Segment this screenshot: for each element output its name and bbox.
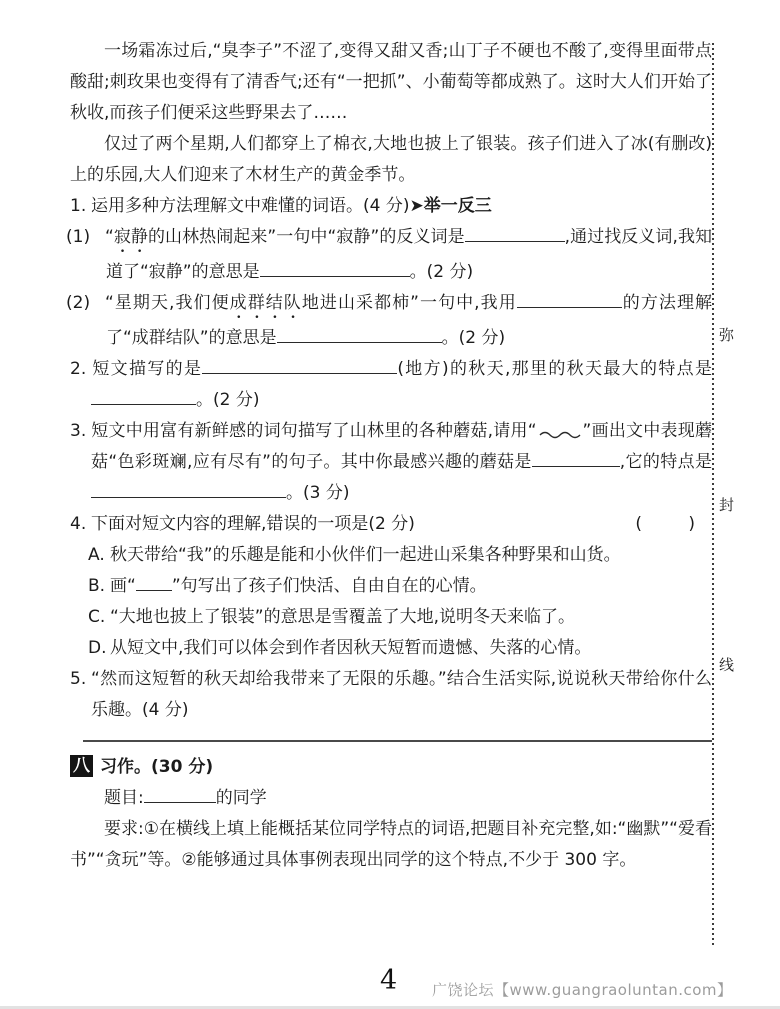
score-note: 。(3 分)	[286, 483, 349, 503]
watermark-text: 广饶论坛【www.guangraoluntan.com】	[432, 975, 733, 1006]
blank-line	[532, 464, 620, 467]
question-number: 2.	[70, 354, 91, 385]
sub-label: (1)	[66, 222, 105, 253]
question-number: 4.	[70, 509, 91, 540]
passage-text-2: 仅过了两个星期,人们都穿上了棉衣,大地也披上了银装。孩子们进入了冰上的乐园,大人…	[70, 134, 648, 185]
question-text: 短文描写的是	[91, 359, 202, 379]
question-1: 1.运用多种方法理解文中难懂的词语。(4 分)➤举一反三 (1)“寂静的山林热闹…	[70, 191, 712, 354]
blank-line	[277, 340, 442, 343]
question-5: 5.“然而这短暂的秋天却给我带来了无限的乐趣。”结合生活实际,说说秋天带给你什么…	[70, 664, 712, 726]
question-text: (地方)的秋天,那里的秋天最大的特点是	[397, 359, 712, 379]
score-note: 。(2 分)	[442, 328, 505, 348]
option-d: D.从短文中,我们可以体会到作者因秋天短暂而遗憾、失落的心情。	[88, 633, 712, 664]
score-note: 。(2 分)	[410, 262, 473, 282]
section-title: 习作。(30 分)	[100, 757, 213, 777]
section-8-heading: 八习作。(30 分)	[70, 752, 712, 783]
question-text: 下面对短文内容的理解,错误的一项是(2 分)	[91, 514, 415, 534]
option-label: D.	[88, 633, 110, 664]
exam-page: 一场霜冻过后,“臭李子”不涩了,变得又甜又香;山丁子不硬也不酸了,变得里面带点酸…	[0, 0, 780, 1009]
blank-line	[91, 495, 286, 498]
section-number-box: 八	[70, 755, 93, 777]
section-8: 八习作。(30 分) 题目:的同学 要求:①在横线上填上能概括某位同学特点的词语…	[70, 752, 712, 876]
question-text: ,它的特点是	[620, 452, 712, 472]
question-number: 3.	[70, 416, 91, 447]
skill-tag: 举一反三	[424, 196, 492, 216]
question-1-sub-1: (1)“寂静的山林热闹起来”一句中“寂静”的反义词是,通过找反义词,我知道了“寂…	[70, 222, 712, 288]
emphasized-word: 成群结队	[230, 293, 302, 313]
arrow-icon: ➤	[409, 196, 423, 216]
blank-line	[517, 305, 622, 308]
sub-text: “	[105, 227, 114, 247]
option-label: A.	[88, 540, 110, 571]
question-number: 5.	[70, 664, 91, 695]
topic-suffix: 的同学	[216, 788, 267, 808]
option-text: ”句写出了孩子们快活、自由自在的心情。	[172, 576, 487, 596]
blank-line	[260, 274, 410, 277]
seal-char-mi: 弥	[719, 320, 734, 351]
seal-dotted-line	[712, 43, 714, 945]
option-text: 画“	[110, 576, 136, 596]
option-a: A.秋天带给“我”的乐趣是能和小伙伴们一起进山采集各种野果和山货。	[88, 540, 712, 571]
blank-line	[91, 402, 196, 405]
option-text: 从短文中,我们可以体会到作者因秋天短暂而遗憾、失落的心情。	[110, 638, 591, 658]
blank-line	[136, 588, 172, 591]
question-stem-text: 运用多种方法理解文中难懂的词语。(4 分)	[91, 196, 409, 216]
option-text: 秋天带给“我”的乐趣是能和小伙伴们一起进山采集各种野果和山货。	[110, 545, 621, 565]
question-4: 4.下面对短文内容的理解,错误的一项是(2 分)( ) A.秋天带给“我”的乐趣…	[70, 509, 712, 664]
question-2: 2.短文描写的是(地方)的秋天,那里的秋天最大的特点是。(2 分)	[70, 354, 712, 416]
sub-text: 地进山采都柿”一句中,我用	[302, 293, 517, 313]
passage-text-1: 一场霜冻过后,“臭李子”不涩了,变得又甜又香;山丁子不硬也不酸了,变得里面带点酸…	[70, 41, 712, 123]
section-divider	[83, 740, 712, 742]
option-label: B.	[88, 571, 110, 602]
blank-line	[465, 239, 565, 242]
option-b: B.画“”句写出了孩子们快活、自由自在的心情。	[88, 571, 712, 602]
page-number: 4	[380, 965, 397, 996]
question-1-sub-2: (2)“星期天,我们便成群结队地进山采都柿”一句中,我用的方法理解了“成群结队”…	[70, 288, 712, 354]
passage-paragraph-2: (有删改)仅过了两个星期,人们都穿上了棉衣,大地也披上了银装。孩子们进入了冰上的…	[70, 129, 712, 191]
seal-char-xian: 线	[719, 650, 734, 681]
blank-line	[202, 371, 397, 374]
passage-paragraph-1: 一场霜冻过后,“臭李子”不涩了,变得又甜又香;山丁子不硬也不酸了,变得里面带点酸…	[70, 36, 712, 129]
option-c: C.“大地也披上了银装”的意思是雪覆盖了大地,说明冬天来临了。	[88, 602, 712, 633]
question-text: 短文中用富有新鲜感的词句描写了山林里的各种蘑菇,请用“	[91, 421, 537, 441]
composition-topic-line: 题目:的同学	[104, 783, 712, 814]
question-1-stem: 1.运用多种方法理解文中难懂的词语。(4 分)➤举一反三	[70, 191, 712, 222]
exam-content: 一场霜冻过后,“臭李子”不涩了,变得又甜又香;山丁子不硬也不酸了,变得里面带点酸…	[70, 36, 712, 876]
composition-requirements: 要求:①在横线上填上能概括某位同学特点的词语,把题目补充完整,如:“幽默”“爱看…	[70, 814, 712, 876]
sub-label: (2)	[66, 288, 105, 319]
wavy-underline-icon	[539, 430, 581, 440]
option-text: “大地也披上了银装”的意思是雪覆盖了大地,说明冬天来临了。	[110, 607, 575, 627]
blank-line	[144, 800, 216, 803]
question-3: 3.短文中用富有新鲜感的词句描写了山林里的各种蘑菇,请用“”画出文中表现蘑菇“色…	[70, 416, 712, 509]
option-label: C.	[88, 602, 110, 633]
score-note: 。(2 分)	[196, 390, 259, 410]
topic-label: 题目:	[104, 788, 144, 808]
seal-char-feng: 封	[719, 490, 734, 521]
answer-bracket: ( )	[635, 509, 697, 540]
requirements-text: 要求:①在横线上填上能概括某位同学特点的词语,把题目补充完整,如:“幽默”“爱看…	[70, 819, 712, 870]
question-number: 1.	[70, 191, 91, 222]
sub-text: “星期天,我们便	[105, 293, 230, 313]
question-text: “然而这短暂的秋天却给我带来了无限的乐趣。”结合生活实际,说说秋天带给你什么乐趣…	[91, 669, 712, 720]
passage-source-note: (有删改)	[648, 129, 712, 160]
emphasized-word: 寂静	[114, 227, 148, 247]
sub-text: 的山林热闹起来”一句中“寂静”的反义词是	[148, 227, 465, 247]
